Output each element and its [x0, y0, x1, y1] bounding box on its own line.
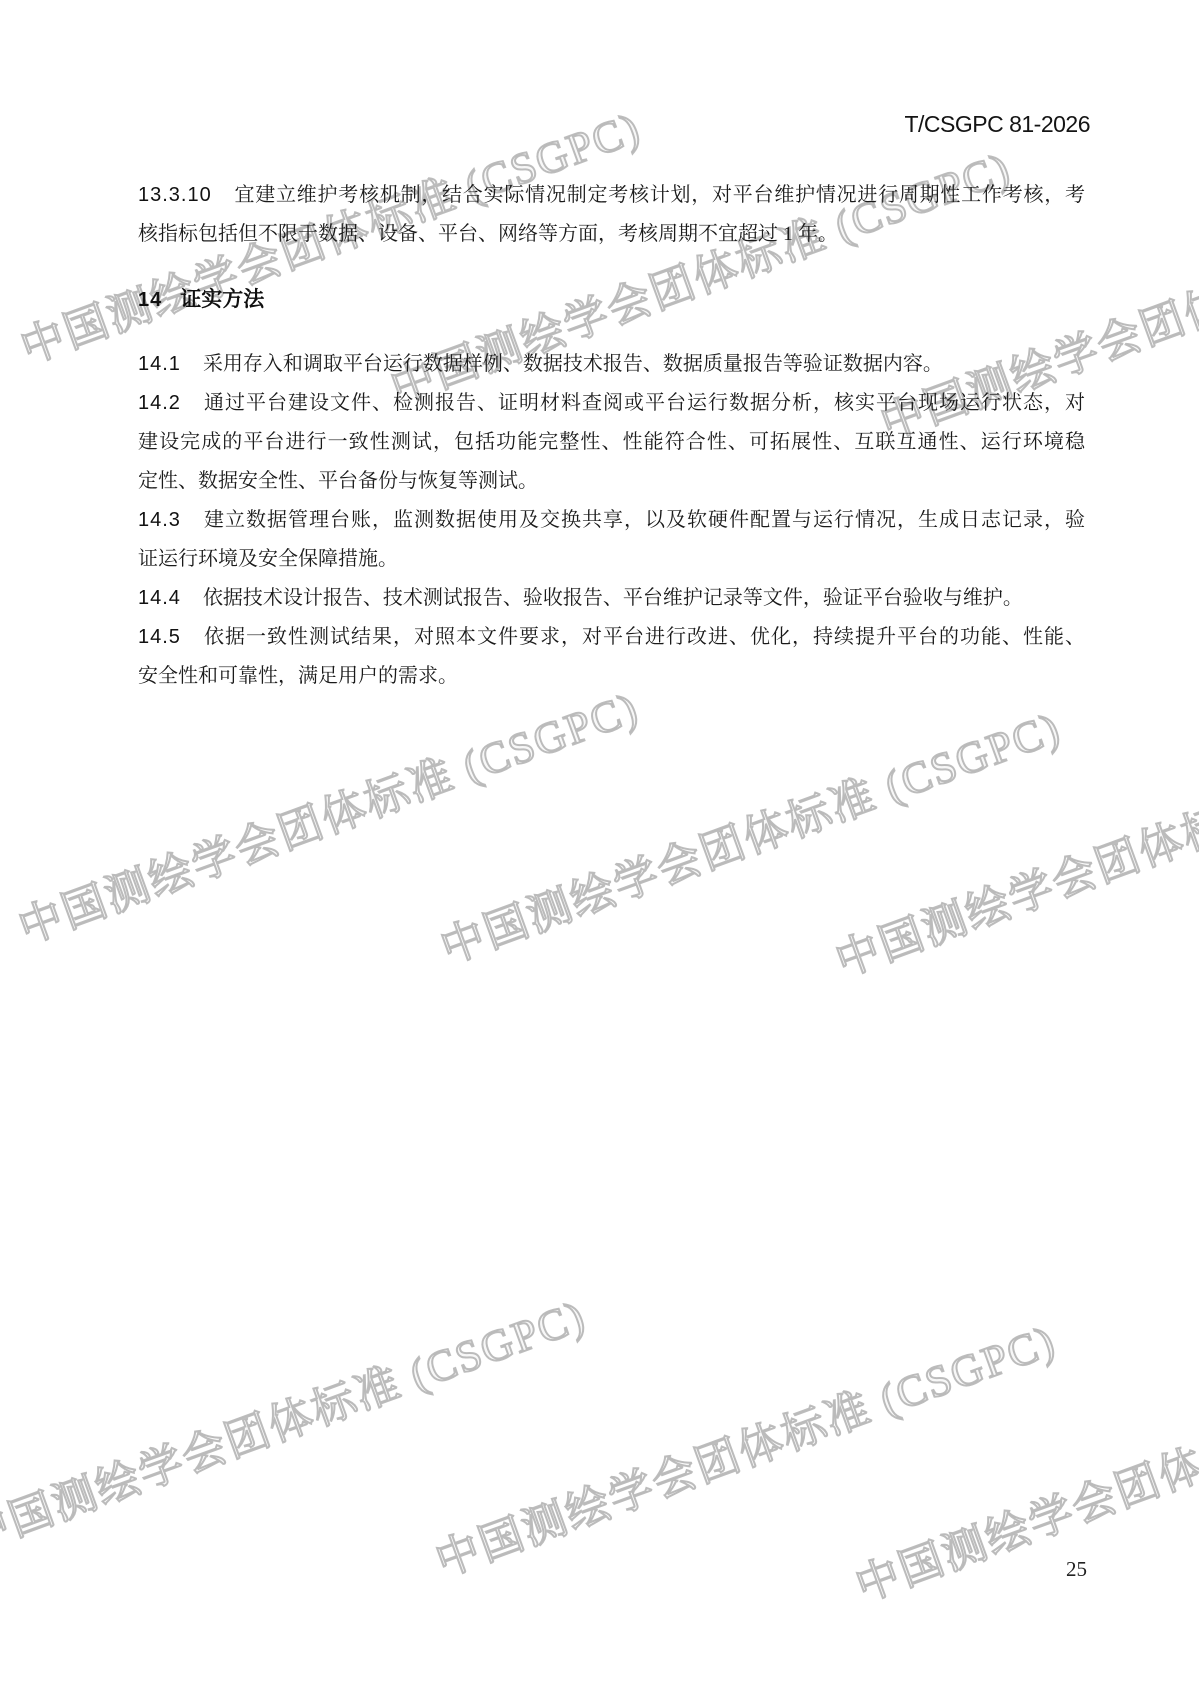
line-text: 建设完成的平台进行一致性测试，包括功能完整性、性能符合性、可拓展性、互联互通性、…	[138, 431, 1085, 453]
section-number: 14	[138, 289, 180, 311]
paragraph-14-5: 14.5依据一致性测试结果，对照本文件要求，对平台进行改进、优化，持续提升平台的…	[138, 618, 1085, 696]
line-text: 依据技术设计报告、技术测试报告、验收报告、平台维护记录等文件，验证平台验收与维护…	[203, 587, 1023, 609]
text-line: 建设完成的平台进行一致性测试，包括功能完整性、性能符合性、可拓展性、互联互通性、…	[138, 423, 1085, 462]
text-line: 14.3建立数据管理台账，监测数据使用及交换共享，以及软硬件配置与运行情况，生成…	[138, 501, 1085, 540]
line-text: 采用存入和调取平台运行数据样例、数据技术报告、数据质量报告等验证数据内容。	[203, 353, 943, 375]
paragraph-14-1: 14.1采用存入和调取平台运行数据样例、数据技术报告、数据质量报告等验证数据内容…	[138, 345, 1085, 384]
paragraph-14-3: 14.3建立数据管理台账，监测数据使用及交换共享，以及软硬件配置与运行情况，生成…	[138, 501, 1085, 579]
clause-number: 14.1	[138, 353, 203, 375]
paragraph-13-3-10: 13.3.10宜建立维护考核机制，结合实际情况制定考核计划，对平台维护情况进行周…	[138, 176, 1085, 254]
page-number: 25	[1066, 1557, 1087, 1582]
line-text: 证运行环境及安全保障措施。	[138, 548, 398, 570]
clause-number: 14.4	[138, 587, 203, 609]
line-text: 核指标包括但不限于数据、设备、平台、网络等方面，考核周期不宜超过 1 年。	[138, 223, 838, 245]
section-title: 证实方法	[180, 288, 264, 311]
text-line: 14.4依据技术设计报告、技术测试报告、验收报告、平台维护记录等文件，验证平台验…	[138, 579, 1085, 618]
text-line: 定性、数据安全性、平台备份与恢复等测试。	[138, 462, 1085, 501]
text-line: 核指标包括但不限于数据、设备、平台、网络等方面，考核周期不宜超过 1 年。	[138, 215, 1085, 254]
line-text: 定性、数据安全性、平台备份与恢复等测试。	[138, 470, 538, 492]
text-line: 14.2通过平台建设文件、检测报告、证明材料查阅或平台运行数据分析，核实平台现场…	[138, 384, 1085, 423]
document-body: 13.3.10宜建立维护考核机制，结合实际情况制定考核计划，对平台维护情况进行周…	[138, 176, 1085, 696]
clause-number: 14.2	[138, 392, 203, 414]
line-text: 通过平台建设文件、检测报告、证明材料查阅或平台运行数据分析，核实平台现场运行状态…	[203, 392, 1085, 414]
text-line: 安全性和可靠性，满足用户的需求。	[138, 657, 1085, 696]
line-text: 安全性和可靠性，满足用户的需求。	[138, 665, 458, 687]
clause-number: 14.5	[138, 626, 203, 648]
text-line: 14.5依据一致性测试结果，对照本文件要求，对平台进行改进、优化，持续提升平台的…	[138, 618, 1085, 657]
line-text: 依据一致性测试结果，对照本文件要求，对平台进行改进、优化，持续提升平台的功能、性…	[203, 626, 1085, 648]
doc-code: T/CSGPC 81-2026	[904, 111, 1090, 138]
paragraph-14-4: 14.4依据技术设计报告、技术测试报告、验收报告、平台维护记录等文件，验证平台验…	[138, 579, 1085, 618]
text-line: 14.1采用存入和调取平台运行数据样例、数据技术报告、数据质量报告等验证数据内容…	[138, 345, 1085, 384]
clause-number: 14.3	[138, 509, 203, 531]
clause-number: 13.3.10	[138, 184, 234, 206]
standard-document-page: 中国测绘学会团体标准 (CSGPC)中国测绘学会团体标准 (CSGPC)中国测绘…	[0, 0, 1199, 1696]
section-heading: 14证实方法	[138, 280, 1085, 319]
line-text: 宜建立维护考核机制，结合实际情况制定考核计划，对平台维护情况进行周期性工作考核，…	[234, 184, 1085, 206]
text-line: 证运行环境及安全保障措施。	[138, 540, 1085, 579]
line-text: 建立数据管理台账，监测数据使用及交换共享，以及软硬件配置与运行情况，生成日志记录…	[203, 509, 1085, 531]
paragraph-14-2: 14.2通过平台建设文件、检测报告、证明材料查阅或平台运行数据分析，核实平台现场…	[138, 384, 1085, 501]
text-line: 13.3.10宜建立维护考核机制，结合实际情况制定考核计划，对平台维护情况进行周…	[138, 176, 1085, 215]
